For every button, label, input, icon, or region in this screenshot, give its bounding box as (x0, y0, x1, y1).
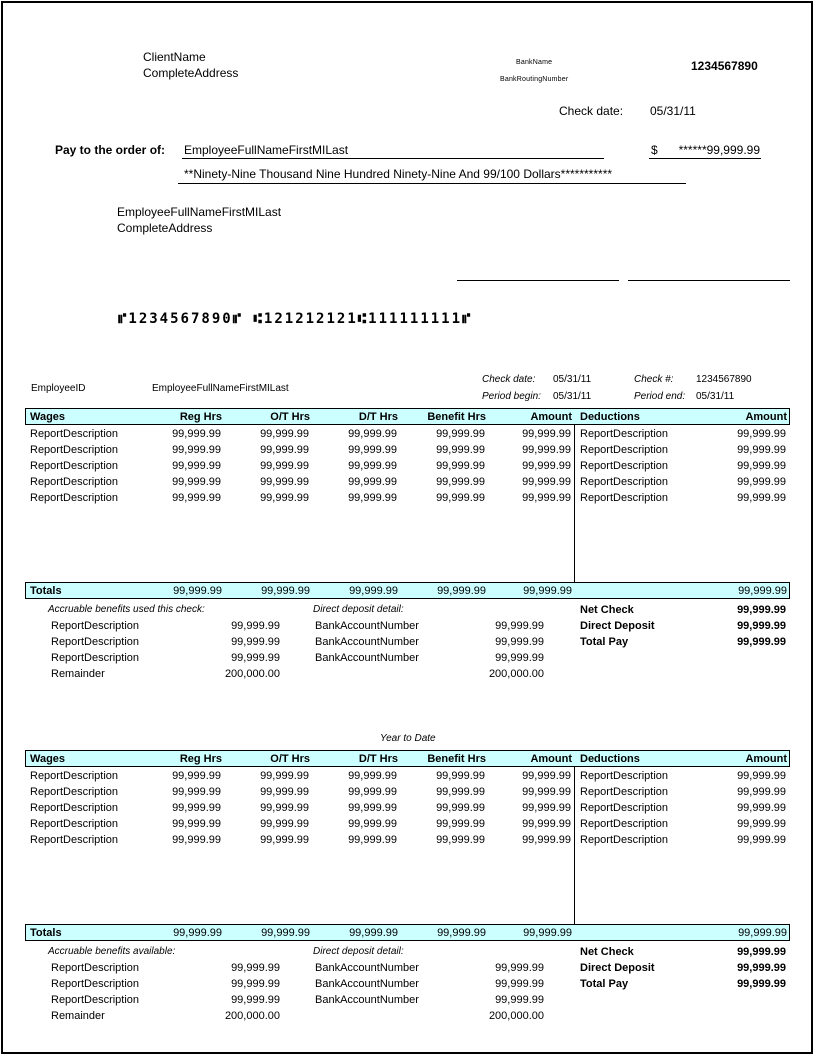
wage-amount: 99,999.99 (461, 428, 571, 440)
ytd-title: Year to Date (380, 733, 436, 744)
deduction-amount: 99,999.99 (676, 786, 786, 798)
deduction-amount: 99,999.99 (676, 476, 786, 488)
period-end-label: Period end: (634, 391, 685, 402)
wage-description: ReportDescription (30, 802, 118, 814)
check-date-label: Check date: (559, 104, 623, 118)
stub-check-num-label: Check #: (634, 374, 673, 385)
wage-amount: 99,999.99 (461, 770, 571, 782)
accruable-value: 99,999.99 (170, 962, 280, 974)
summary-label: Total Pay (580, 978, 628, 990)
deposit-account: BankAccountNumber (315, 994, 419, 1006)
column-header-deductions: Deductions (580, 411, 640, 423)
employee-name: EmployeeFullNameFirstMILast (152, 383, 289, 394)
accruable-description: Remainder (51, 1010, 105, 1022)
totals-label: Totals (30, 585, 62, 597)
accruable-description: ReportDescription (51, 620, 139, 632)
wage-description: ReportDescription (30, 834, 118, 846)
deposit-value: 99,999.99 (434, 620, 544, 632)
totals-row: Totals99,999.9999,999.9999,999.9999,999.… (25, 582, 790, 599)
deposit-value: 99,999.99 (434, 994, 544, 1006)
deduction-description: ReportDescription (580, 428, 668, 440)
deduction-amount: 99,999.99 (676, 460, 786, 472)
accruable-description: ReportDescription (51, 994, 139, 1006)
check-amount: ******99,999.99 (670, 143, 760, 157)
client-address: CompleteAddress (143, 66, 238, 80)
deposit-title: Direct deposit detail: (313, 604, 404, 615)
wage-amount: 99,999.99 (461, 460, 571, 472)
accruable-description: ReportDescription (51, 978, 139, 990)
signature-line-2 (628, 280, 790, 281)
wage-description: ReportDescription (30, 818, 118, 830)
deduction-amount: 99,999.99 (676, 818, 786, 830)
deduction-description: ReportDescription (580, 492, 668, 504)
employee-id: EmployeeID (31, 383, 85, 394)
deposit-value: 99,999.99 (434, 636, 544, 648)
column-header-ded_amount: Amount (677, 411, 787, 423)
mailing-address: CompleteAddress (117, 221, 212, 235)
deduction-amount: 99,999.99 (676, 834, 786, 846)
signature-line-1 (457, 280, 619, 281)
accruable-title: Accruable benefits used this check: (48, 604, 205, 615)
deduction-amount: 99,999.99 (676, 492, 786, 504)
summary-value: 99,999.99 (676, 636, 786, 648)
payee-name: EmployeeFullNameFirstMILast (184, 143, 348, 157)
period-end: 05/31/11 (696, 391, 734, 402)
wage-amount: 99,999.99 (461, 444, 571, 456)
accruable-value: 99,999.99 (170, 636, 280, 648)
deposit-account: BankAccountNumber (315, 978, 419, 990)
accruable-value: 99,999.99 (170, 620, 280, 632)
stub-check-num: 1234567890 (696, 374, 752, 385)
bank-name: BankName (516, 59, 552, 66)
deduction-description: ReportDescription (580, 770, 668, 782)
column-header-wages: Wages (30, 753, 65, 765)
deposit-value: 200,000.00 (434, 668, 544, 680)
deduction-amount: 99,999.99 (676, 802, 786, 814)
summary-label: Total Pay (580, 636, 628, 648)
summary-value: 99,999.99 (676, 620, 786, 632)
check-date: 05/31/11 (650, 104, 696, 118)
check-number: 1234567890 (691, 59, 758, 73)
amount-in-words: **Ninety-Nine Thousand Nine Hundred Nine… (184, 167, 612, 181)
accruable-value: 99,999.99 (170, 994, 280, 1006)
wage-amount: 99,999.99 (461, 476, 571, 488)
deduction-amount: 99,999.99 (676, 770, 786, 782)
deduction-description: ReportDescription (580, 802, 668, 814)
deposit-value: 99,999.99 (434, 978, 544, 990)
deposit-account: BankAccountNumber (315, 636, 419, 648)
bank-routing-number: BankRoutingNumber (500, 76, 568, 83)
totals-row: Totals99,999.9999,999.9999,999.9999,999.… (25, 924, 790, 941)
deposit-value: 99,999.99 (434, 652, 544, 664)
total-amount: 99,999.99 (462, 927, 572, 939)
amount-words-underline (178, 183, 686, 184)
total-ded_amount: 99,999.99 (677, 585, 787, 597)
payee-underline (182, 158, 604, 159)
wage-description: ReportDescription (30, 428, 118, 440)
accruable-description: ReportDescription (51, 962, 139, 974)
stub-check-date-label: Check date: (482, 374, 535, 385)
deposit-value: 200,000.00 (434, 1010, 544, 1022)
wage-amount: 99,999.99 (461, 492, 571, 504)
deduction-description: ReportDescription (580, 818, 668, 830)
table-header: WagesReg HrsO/T HrsD/T HrsBenefit HrsAmo… (25, 408, 790, 425)
period-begin-label: Period begin: (482, 391, 541, 402)
micr-line: ⑈1234567890⑈ ⑆121212121⑆111111111⑈ (118, 311, 472, 327)
column-header-amount: Amount (462, 411, 572, 423)
accruable-description: Remainder (51, 668, 105, 680)
deduction-description: ReportDescription (580, 786, 668, 798)
summary-value: 99,999.99 (676, 604, 786, 616)
summary-label: Net Check (580, 946, 634, 958)
column-divider (574, 425, 575, 582)
deposit-value: 99,999.99 (434, 962, 544, 974)
wage-amount: 99,999.99 (461, 786, 571, 798)
deduction-description: ReportDescription (580, 834, 668, 846)
accruable-value: 200,000.00 (170, 668, 280, 680)
table-header: WagesReg HrsO/T HrsD/T HrsBenefit HrsAmo… (25, 750, 790, 767)
wage-amount: 99,999.99 (461, 834, 571, 846)
column-header-amount: Amount (462, 753, 572, 765)
amount-underline (649, 158, 761, 159)
column-header-ded_amount: Amount (677, 753, 787, 765)
wage-description: ReportDescription (30, 460, 118, 472)
wage-amount: 99,999.99 (461, 802, 571, 814)
accruable-value: 99,999.99 (170, 978, 280, 990)
accruable-title: Accruable benefits available: (48, 946, 175, 957)
client-name: ClientName (143, 50, 206, 64)
summary-value: 99,999.99 (676, 962, 786, 974)
summary-label: Direct Deposit (580, 620, 655, 632)
wage-description: ReportDescription (30, 476, 118, 488)
wage-description: ReportDescription (30, 770, 118, 782)
wage-description: ReportDescription (30, 444, 118, 456)
wage-description: ReportDescription (30, 492, 118, 504)
summary-label: Net Check (580, 604, 634, 616)
summary-value: 99,999.99 (676, 978, 786, 990)
mailing-name: EmployeeFullNameFirstMILast (117, 205, 281, 219)
deduction-description: ReportDescription (580, 444, 668, 456)
deposit-account: BankAccountNumber (315, 652, 419, 664)
wage-amount: 99,999.99 (461, 818, 571, 830)
total-amount: 99,999.99 (462, 585, 572, 597)
deduction-description: ReportDescription (580, 476, 668, 488)
summary-value: 99,999.99 (676, 946, 786, 958)
column-header-wages: Wages (30, 411, 65, 423)
currency-symbol: $ (651, 143, 658, 157)
accruable-description: ReportDescription (51, 652, 139, 664)
stub-check-date: 05/31/11 (553, 374, 591, 385)
deduction-amount: 99,999.99 (676, 428, 786, 440)
deposit-account: BankAccountNumber (315, 962, 419, 974)
summary-label: Direct Deposit (580, 962, 655, 974)
period-begin: 05/31/11 (553, 391, 591, 402)
deduction-description: ReportDescription (580, 460, 668, 472)
wage-description: ReportDescription (30, 786, 118, 798)
accruable-description: ReportDescription (51, 636, 139, 648)
deposit-title: Direct deposit detail: (313, 946, 404, 957)
deduction-amount: 99,999.99 (676, 444, 786, 456)
column-divider (574, 767, 575, 924)
accruable-value: 99,999.99 (170, 652, 280, 664)
deposit-account: BankAccountNumber (315, 620, 419, 632)
total-ded_amount: 99,999.99 (677, 927, 787, 939)
pay-to-label: Pay to the order of: (55, 143, 165, 157)
accruable-value: 200,000.00 (170, 1010, 280, 1022)
column-header-deductions: Deductions (580, 753, 640, 765)
totals-label: Totals (30, 927, 62, 939)
